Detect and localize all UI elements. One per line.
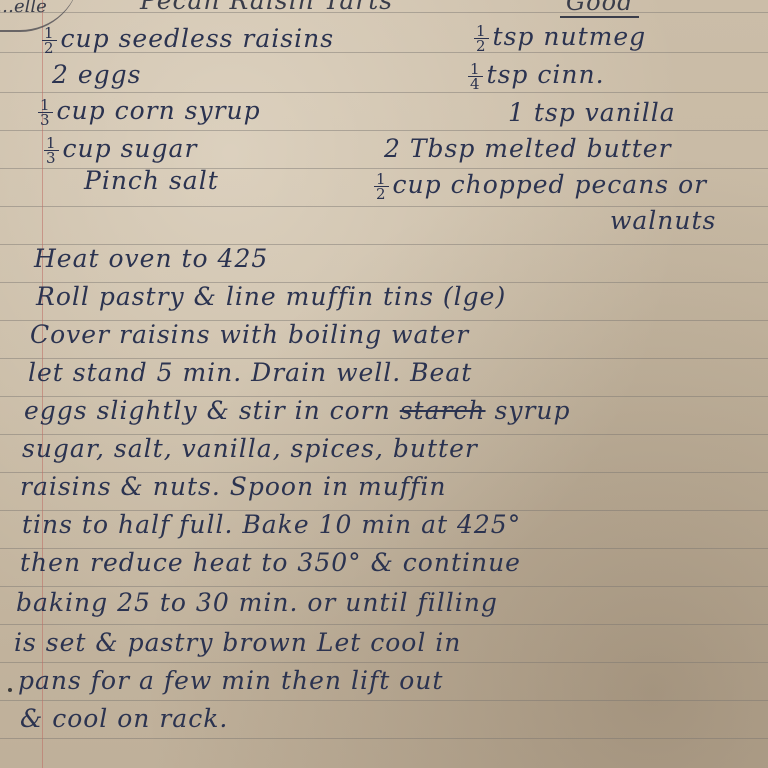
ingredient-pecans: 12cup chopped pecans or: [374, 170, 707, 201]
direction-line-9: then reduce heat to 350° & continue: [20, 548, 521, 577]
corner-note: …elle: [0, 0, 47, 17]
ink-dot: [8, 688, 12, 692]
direction-line-10: baking 25 to 30 min. or until filling: [16, 588, 498, 617]
struck-word: starch: [400, 396, 486, 425]
ingredient-butter: 2 Tbsp melted butter: [384, 134, 672, 163]
direction-line-2: Roll pastry & line muffin tins (lge): [36, 282, 506, 311]
quantity-fraction: 12: [42, 26, 57, 55]
ingredient-eggs: 2 eggs: [52, 60, 141, 89]
ingredient-salt: Pinch salt: [84, 166, 219, 195]
quantity-fraction: 12: [474, 24, 489, 53]
direction-line-5: eggs slightly & stir in corn starch syru…: [24, 396, 571, 425]
rule-line: [0, 92, 768, 93]
rule-line: [0, 700, 768, 701]
ingredient-sugar: 13cup sugar: [44, 134, 197, 165]
direction-line-1: Heat oven to 425: [34, 244, 268, 273]
ingredient-nutmeg: 12tsp nutmeg: [474, 22, 646, 53]
direction-line-12: pans for a few min then lift out: [18, 666, 443, 695]
rule-line: [0, 662, 768, 663]
rule-line: [0, 624, 768, 625]
direction-line-11: is set & pastry brown Let cool in: [14, 628, 461, 657]
direction-line-13: & cool on rack.: [20, 704, 228, 733]
quantity-fraction: 13: [44, 136, 59, 165]
quantity-fraction: 13: [38, 98, 53, 127]
direction-line-3: Cover raisins with boiling water: [30, 320, 469, 349]
rule-line: [0, 586, 768, 587]
ingredient-walnuts: walnuts: [610, 206, 716, 235]
rating-label: Good: [560, 0, 639, 18]
ingredient-raisins: 12cup seedless raisins: [42, 24, 334, 55]
quantity-fraction: 14: [468, 62, 483, 91]
quantity-fraction: 12: [374, 172, 389, 201]
direction-line-8: tins to half full. Bake 10 min at 425°: [22, 510, 521, 539]
ingredient-vanilla: 1 tsp vanilla: [508, 98, 676, 127]
ingredient-corn-syrup: 13cup corn syrup: [38, 96, 261, 127]
direction-line-4: let stand 5 min. Drain well. Beat: [28, 358, 472, 387]
direction-line-7: raisins & nuts. Spoon in muffin: [20, 472, 446, 501]
ingredient-cinnamon: 14tsp cinn.: [468, 60, 605, 91]
rule-line: [0, 130, 768, 131]
recipe-page: …elle Pecan Raisin Tarts Good 12cup seed…: [0, 0, 768, 768]
rule-line: [0, 738, 768, 739]
direction-line-6: sugar, salt, vanilla, spices, butter: [22, 434, 478, 463]
recipe-title: Pecan Raisin Tarts: [140, 0, 393, 15]
